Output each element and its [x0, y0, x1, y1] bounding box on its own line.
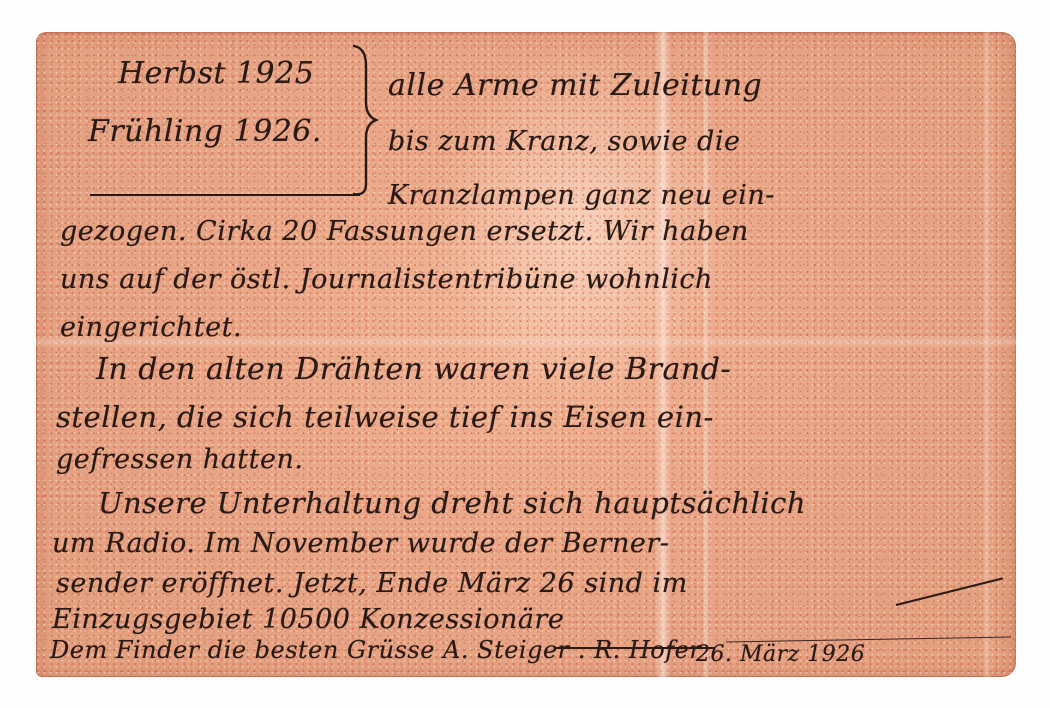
body-line: uns auf der östl. Journalistentribüne wo… — [60, 264, 713, 295]
curly-brace-icon — [350, 44, 380, 196]
body-line: In den alten Drähten waren viele Brand- — [96, 352, 731, 387]
body-line: stellen, die sich teilweise tief ins Eis… — [56, 400, 714, 434]
body-line: Einzugsgebiet 10500 Konzessionäre — [52, 604, 564, 635]
body-line: eingerichtet. — [60, 312, 242, 343]
body-line: gezogen. Cirka 20 Fassungen ersetzt. Wir… — [60, 216, 749, 247]
postcard: Herbst 1925 Frühling 1926. alle Arme mit… — [36, 32, 1016, 677]
body-line: sender eröffnet. Jetzt, Ende März 26 sin… — [56, 568, 688, 599]
header-spring: Frühling 1926. — [88, 114, 322, 149]
date-range-header: Herbst 1925 Frühling 1926. — [88, 42, 370, 194]
signature-underline — [554, 647, 714, 649]
signature-flourish — [896, 577, 1003, 606]
body-line: Unsere Unterhaltung dreht sich hauptsäch… — [98, 486, 806, 520]
body-line: bis zum Kranz, sowie die — [388, 126, 740, 157]
body-line: gefressen hatten. — [56, 444, 303, 475]
header-underline — [90, 194, 360, 196]
body-line: Kranzlampen ganz neu ein- — [388, 180, 775, 211]
letter-date: 26. März 1926 — [696, 642, 865, 667]
body-line: alle Arme mit Zuleitung — [388, 68, 762, 103]
header-autumn: Herbst 1925 — [118, 56, 314, 91]
greeting-signature-line: Dem Finder die besten Grüsse A. Steiger … — [50, 636, 701, 664]
body-line: um Radio. Im November wurde der Berner- — [52, 528, 669, 559]
